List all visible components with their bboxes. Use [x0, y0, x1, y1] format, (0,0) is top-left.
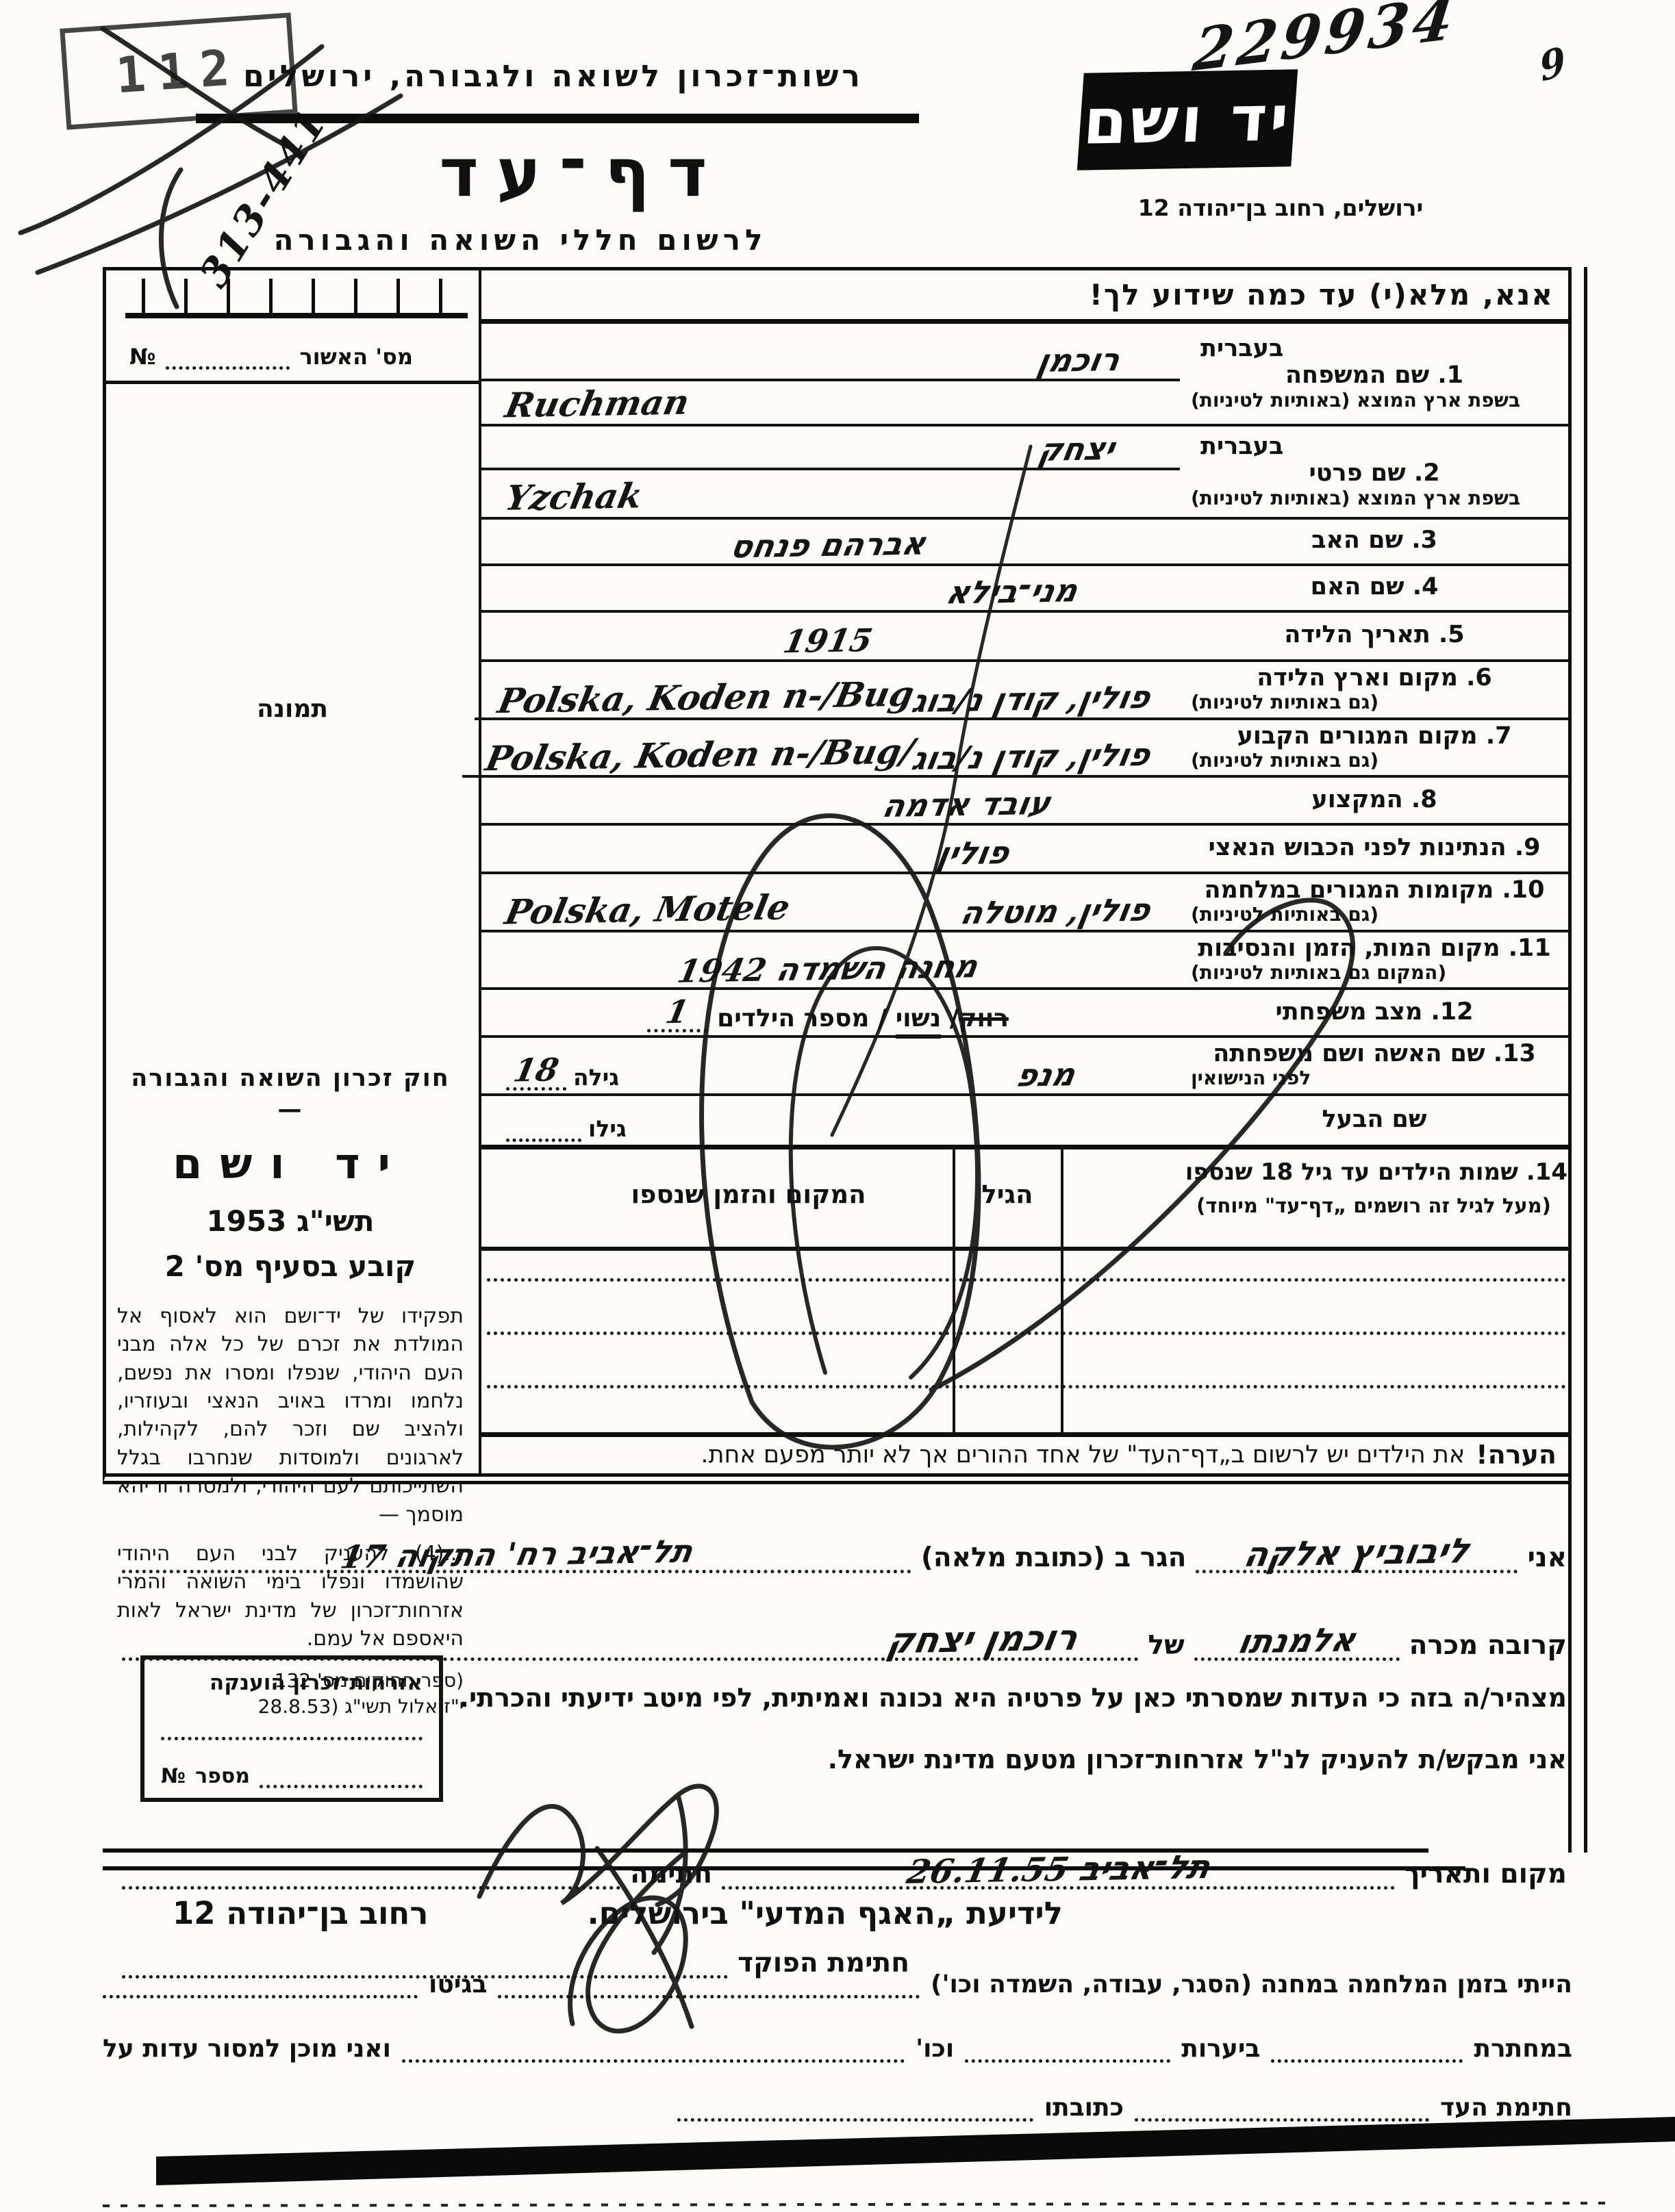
relation-hw: אלמנתו — [1235, 1624, 1359, 1659]
birth-place-hebrew-hw: פולין, קודן נ/בוג — [909, 681, 1153, 717]
her-age-label: גילה — [573, 1064, 619, 1091]
note-label: הערה! — [1476, 1440, 1557, 1470]
birth-place-latin-hw: Polska, Koden n-/Bug — [495, 676, 917, 718]
testimony-page-scan: 112 313-441 229934 9 יד ושם ירושלים, רחו… — [0, 0, 1675, 2212]
answer-line — [677, 2101, 1033, 2122]
field-citizenship: 9. הנתינות לפני הכבוש הנאצי פולין — [481, 826, 1572, 874]
answer-line — [1135, 2101, 1429, 2122]
fields-grid: אנא, מלא(י) עד כמה שידוע לך! בעברית 1. ש… — [479, 270, 1572, 1473]
war-residence-latin-hw: Polska, Motele — [502, 890, 792, 929]
answer-line — [1271, 2042, 1463, 2063]
birth-date-hw: 1915 — [781, 624, 874, 657]
her-age-hw: 18 — [511, 1054, 561, 1086]
wife-name-hw: מנפ — [1013, 1058, 1078, 1091]
law-body: תפקידו של יד־ושם הוא לאסוף אל המולדת את … — [117, 1302, 464, 1529]
approval-number-row: מס' האשור № — [106, 325, 479, 384]
witness-question-1: הייתי בזמן המלחמה במחנה (הסגר, עבודה, הש… — [103, 1970, 1572, 1998]
field-2-label: בעברית 2. שם פרטי בשפת ארץ המוצא (באותיו… — [1180, 427, 1572, 520]
citizenship-title: אזרחות־זכרון הוענקה — [161, 1670, 423, 1695]
box-right-border-inner — [1568, 267, 1572, 1853]
victim-name-hw: רוכמן יצחק — [884, 1620, 1081, 1660]
hq-address: ירושלים, רחוב בן־יהודה 12 — [1109, 194, 1452, 221]
table-row-line — [487, 1332, 1566, 1335]
declarant-address-hw: תל־אביב רח' התקוה 17 — [338, 1536, 696, 1573]
first-name-hebrew-hw: יצחק — [1036, 433, 1117, 466]
field-mother-name: 4. שם האם מני־בילא — [481, 566, 1572, 613]
field-father-name: 3. שם האב אברהם פנחס — [481, 520, 1572, 566]
yad-vashem-logo: יד ושם — [1077, 69, 1298, 170]
father-name-hw: אברהם פנחס — [728, 528, 929, 563]
law-year: תשי"ג 1953 — [117, 1203, 464, 1241]
handwritten-serial-suffix: 9 — [1537, 41, 1568, 88]
header-rule — [196, 114, 919, 123]
table-row-line — [487, 1278, 1566, 1282]
place-date-label: מקום ותאריך — [1405, 1859, 1567, 1890]
law-heading: חוק זכרון השואה והגבורה — — [117, 1063, 464, 1126]
main-form-box: מס' האשור № תמונה חוק זכרון השואה והגבור… — [103, 267, 1572, 1484]
place-date-row: מקום ותאריך תל־אביב 26.11.55 חתימה — [122, 1816, 1567, 1890]
field-14-label: 14. שמות הילדים עד גיל 18 שנספו (מעל לגי… — [1180, 1158, 1567, 1219]
field-death-place: 11. מקום המות, הזמן והנסיבות (המקום גם ב… — [481, 932, 1572, 991]
field-husband-name: שם הבעל גילו — [481, 1096, 1572, 1145]
field-family-name: בעברית 1. שם המשפחה בשפת ארץ המוצא (באות… — [481, 324, 1572, 427]
family-name-latin-hw: Ruchman — [503, 385, 692, 423]
of-label: של — [1148, 1630, 1185, 1661]
relation-row: קרובה מכרה אלמנתו של רוכמן יצחק — [122, 1587, 1567, 1661]
table-row-line — [487, 1385, 1566, 1388]
children-count-hw: 1 — [664, 996, 692, 1028]
answer-line — [402, 2042, 905, 2063]
note-text: את הילדים יש לרשום ב„דף־העד" של אחד ההור… — [701, 1441, 1465, 1469]
declarant-row: אני ליבוביץ אלקה הגר ב (כתובת מלאה) תל־א… — [122, 1505, 1567, 1573]
mother-name-hw: מני־בילא — [944, 574, 1080, 608]
col-age-header: הגיל — [953, 1180, 1062, 1209]
signature-label: חתימה — [630, 1859, 712, 1890]
field-marital-status: 12. מצב משפחתי רווק/ נשוי / מספר הילדים … — [481, 990, 1572, 1038]
family-name-hebrew-hw: רוכמן — [1035, 344, 1123, 377]
citizenship-hw: פולין — [935, 837, 1012, 869]
field-birth-place: 6. מקום וארץ הלידה (גם באותיות לטיניות) … — [481, 662, 1572, 720]
his-age-label: גילו — [588, 1115, 627, 1142]
first-name-latin-hw: Yzchak — [503, 479, 645, 515]
profession-hw: עובד אדמה — [880, 787, 1053, 822]
option-children-label: / מספר הילדים — [717, 1004, 887, 1032]
death-place-hw: מחנה השמדה 1942 — [675, 950, 981, 987]
witness-question-2: במחתרת ביערות וכו' ואני מוכן למסור עדות … — [103, 2035, 1572, 2063]
scan-artifact-bar — [156, 2117, 1675, 2185]
answer-line — [103, 1978, 418, 1998]
law-section: קובע בסעיף מס' 2 — [117, 1248, 464, 1286]
photo-placeholder-label: תמונה — [106, 695, 479, 723]
citizenship-line — [161, 1720, 423, 1740]
relation-label: קרובה מכרה — [1409, 1630, 1567, 1661]
citizenship-numero-symbol: № — [161, 1764, 186, 1788]
field-wife-name: 13. שם האשה ושם משפחתה לפני הנישואין מנפ… — [481, 1038, 1572, 1096]
war-residence-hebrew-hw: פולין, מוטלה — [958, 893, 1153, 928]
residence-hebrew-hw: פולין, קודן נ/בוג — [909, 739, 1153, 774]
note-row: הערה! את הילדים יש לרשום ב„דף־העד" של אח… — [481, 1432, 1572, 1473]
declarant-name-hw: ליבוביץ אלקה — [1242, 1534, 1472, 1572]
fill-prompt: אנא, מלא(י) עד כמה שידוע לך! — [481, 270, 1572, 324]
col-place-header: המקום והזמן שנספו — [577, 1180, 920, 1209]
residence-latin-hw: Polska, Koden n-/Bug/ — [483, 735, 917, 776]
logo-text: יד ושם — [1081, 81, 1294, 158]
field-permanent-residence: 7. מקום המגורים הקבוע (גם באותיות לטיניו… — [481, 720, 1572, 778]
perforation-ticks — [125, 275, 468, 318]
numero-symbol: № — [129, 344, 156, 370]
field-first-name: בעברית 2. שם פרטי בשפת ארץ המוצא (באותיו… — [481, 427, 1572, 520]
field-profession: 8. המקצוע עובד אדמה — [481, 778, 1572, 826]
citizenship-box: אזרחות־זכרון הוענקה מספר № — [140, 1655, 443, 1802]
witness-question-3: חתימת העד כתובתו — [103, 2094, 1572, 2122]
marital-options: רווק/ נשוי / מספר הילדים — [717, 1004, 1009, 1032]
science-dept-line: לידיעת „האגף המדעי" בירושלים. רחוב בן־יה… — [173, 1895, 1063, 1931]
handwritten-file-number: 313-441 — [193, 101, 333, 293]
signature-line — [122, 1886, 620, 1890]
form-title: דף־עד — [425, 134, 740, 212]
law-name: יד ושם — [117, 1136, 464, 1192]
left-column: מס' האשור № תמונה חוק זכרון השואה והגבור… — [106, 270, 479, 1473]
i-label: אני — [1527, 1542, 1567, 1573]
approval-number-line — [166, 346, 290, 370]
separator-rule — [103, 1866, 1465, 1870]
her-age-group: גילה 18 — [506, 1054, 619, 1091]
answer-line — [498, 1978, 920, 1998]
table-header-rule — [481, 1247, 1572, 1251]
field-war-residence: 10. מקומות המגורים במלחמה (גם באותיות לט… — [481, 874, 1572, 932]
approval-number-label: מס' האשור — [299, 344, 413, 370]
separator-rule — [103, 1848, 1428, 1853]
field-1-label: בעברית 1. שם המשפחה בשפת ארץ המוצא (באות… — [1180, 324, 1572, 427]
scan-edge-dots — [103, 2203, 1616, 2206]
option-single: רווק — [959, 1004, 1009, 1032]
box-right-border-outer — [1584, 267, 1587, 1853]
children-table: המקום והזמן שנספו הגיל 14. שמות הילדים ע… — [481, 1145, 1572, 1432]
form-subtitle: לרשום חללי השואה והגבורה — [260, 223, 781, 257]
his-age-group: גילו — [506, 1115, 627, 1142]
option-married: נשוי — [896, 1004, 942, 1039]
residing-label: הגר ב (כתובת מלאה) — [921, 1542, 1186, 1573]
handwritten-serial-number: 229934 — [1190, 0, 1460, 80]
field-birth-date: 5. תאריך הלידה 1915 — [481, 613, 1572, 662]
citizenship-number-label: מספר — [195, 1764, 250, 1788]
citizenship-number-line — [260, 1769, 423, 1788]
answer-line — [965, 2042, 1170, 2063]
authority-name: רשות־זכרון לשואה ולגבורה, ירושלים — [184, 59, 923, 94]
